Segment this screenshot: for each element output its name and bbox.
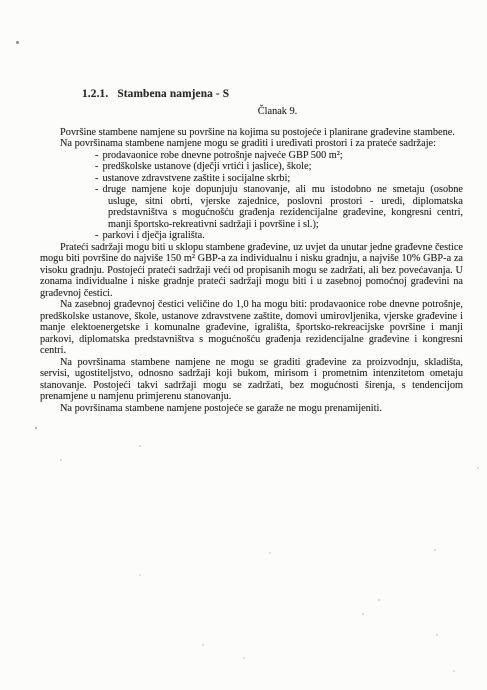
paragraph-prohibited-uses: Na površinama stambene namjene ne mogu s… — [40, 357, 463, 403]
scan-speck — [202, 644, 204, 646]
scan-speck — [477, 467, 479, 469]
list-item-marker: - — [95, 230, 98, 241]
list-item-text: parkovi i dječja igrališta. — [102, 230, 204, 241]
section-number: 1.2.1. — [82, 88, 108, 100]
scan-speck — [243, 657, 245, 659]
list-item-text: ustanove zdravstvene zaštite i socijalne… — [102, 173, 290, 184]
scan-speck — [434, 549, 436, 551]
allowed-uses-list: -prodavaonice robe dnevne potrošnje najv… — [40, 150, 463, 242]
section-title: Stambena namjena - S — [117, 88, 229, 100]
list-item: -ustanove zdravstvene zaštite i socijaln… — [95, 173, 463, 185]
scan-speck — [139, 445, 141, 447]
paragraph-garages: Na površinama stambene namjene postojeće… — [40, 403, 463, 415]
list-item: -druge namjene koje dopunjuju stanovanje… — [95, 184, 463, 230]
list-item-marker: - — [95, 161, 98, 172]
list-item-marker: - — [95, 184, 98, 195]
list-item: -parkovi i dječja igrališta. — [95, 230, 463, 242]
article-label: Članak 9. — [40, 106, 463, 118]
paragraph-separate-plot: Na zasebnoj građevnoj čestici veličine d… — [40, 299, 463, 357]
scan-speck — [139, 574, 141, 576]
list-item-marker: - — [95, 173, 98, 184]
list-item-text: druge namjene koje dopunjuju stanovanje,… — [102, 184, 463, 230]
list-item: -prodavaonice robe dnevne potrošnje najv… — [95, 150, 463, 162]
scan-speck — [35, 427, 37, 429]
scan-speck — [453, 670, 455, 672]
list-item-marker: - — [95, 150, 98, 161]
paragraph-allowed-intro: Na površinama stambene namjene mogu se g… — [40, 138, 463, 150]
list-item-text: predškolske ustanove (dječji vrtići i ja… — [102, 161, 311, 172]
section-heading: 1.2.1.Stambena namjena - S — [82, 88, 463, 101]
scanned-document-page: 1.2.1.Stambena namjena - S Članak 9. Pov… — [0, 0, 487, 690]
scan-speck — [269, 552, 271, 554]
scan-speck — [436, 634, 438, 636]
paragraph-accompanying-contents: Prateći sadržaji mogu biti u sklopu stam… — [40, 242, 463, 300]
list-item-text: prodavaonice robe dnevne potrošnje najve… — [102, 150, 342, 161]
scan-speck — [378, 599, 380, 601]
scan-speck — [16, 41, 19, 44]
scan-speck — [60, 459, 62, 461]
list-item: -predškolske ustanove (dječji vrtići i j… — [95, 161, 463, 173]
scan-speck — [362, 613, 364, 615]
paragraph-definition: Površine stambene namjene su površine na… — [40, 127, 463, 139]
